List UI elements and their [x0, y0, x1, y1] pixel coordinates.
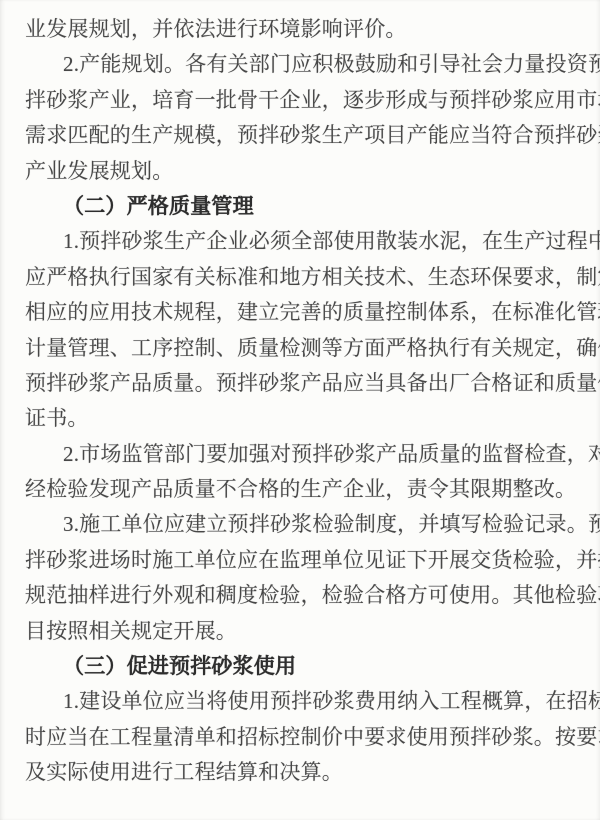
body-line: 目按照相关规定开展。 — [25, 614, 588, 649]
body-line: 经检验发现产品质量不合格的生产企业，责令其限期整改。 — [25, 472, 588, 507]
body-line: 相应的应用技术规程，建立完善的质量控制体系，在标准化管理、 — [25, 295, 588, 330]
body-line: 规范抽样进行外观和稠度检验，检验合格方可使用。其他检验项 — [25, 578, 588, 613]
section-heading-2: （二）严格质量管理 — [25, 189, 588, 224]
body-line: 时应当在工程量清单和招标控制价中要求使用预拌砂浆。按要求 — [25, 720, 588, 755]
section-heading-3: （三）促进预拌砂浆使用 — [25, 649, 588, 684]
body-line: 证书。 — [25, 401, 588, 436]
body-line: 3.施工单位应建立预拌砂浆检验制度，并填写检验记录。预 — [25, 507, 588, 542]
document-page: 业发展规划，并依法进行环境影响评价。 2.产能规划。各有关部门应积极鼓励和引导社… — [0, 0, 600, 820]
body-line: 及实际使用进行工程结算和决算。 — [25, 755, 588, 790]
body-line: 拌砂浆进场时施工单位应在监理单位见证下开展交货检验，并按 — [25, 543, 588, 578]
body-line: 2.市场监管部门要加强对预拌砂浆产品质量的监督检查，对 — [25, 437, 588, 472]
body-line: 2.产能规划。各有关部门应积极鼓励和引导社会力量投资预 — [25, 47, 588, 82]
body-line: 产业发展规划。 — [25, 154, 588, 189]
text-column: 业发展规划，并依法进行环境影响评价。 2.产能规划。各有关部门应积极鼓励和引导社… — [25, 12, 588, 791]
body-line: 预拌砂浆产品质量。预拌砂浆产品应当具备出厂合格证和质量保 — [25, 366, 588, 401]
body-line: 拌砂浆产业，培育一批骨干企业，逐步形成与预拌砂浆应用市场 — [25, 83, 588, 118]
body-line: 1.预拌砂浆生产企业必须全部使用散装水泥，在生产过程中 — [25, 224, 588, 259]
body-line: 业发展规划，并依法进行环境影响评价。 — [25, 12, 588, 47]
body-line: 需求匹配的生产规模，预拌砂浆生产项目产能应当符合预拌砂浆 — [25, 118, 588, 153]
body-line: 应严格执行国家有关标准和地方相关技术、生态环保要求，制定 — [25, 260, 588, 295]
body-line: 1.建设单位应当将使用预拌砂浆费用纳入工程概算，在招标 — [25, 684, 588, 719]
body-line: 计量管理、工序控制、质量检测等方面严格执行有关规定，确保 — [25, 331, 588, 366]
